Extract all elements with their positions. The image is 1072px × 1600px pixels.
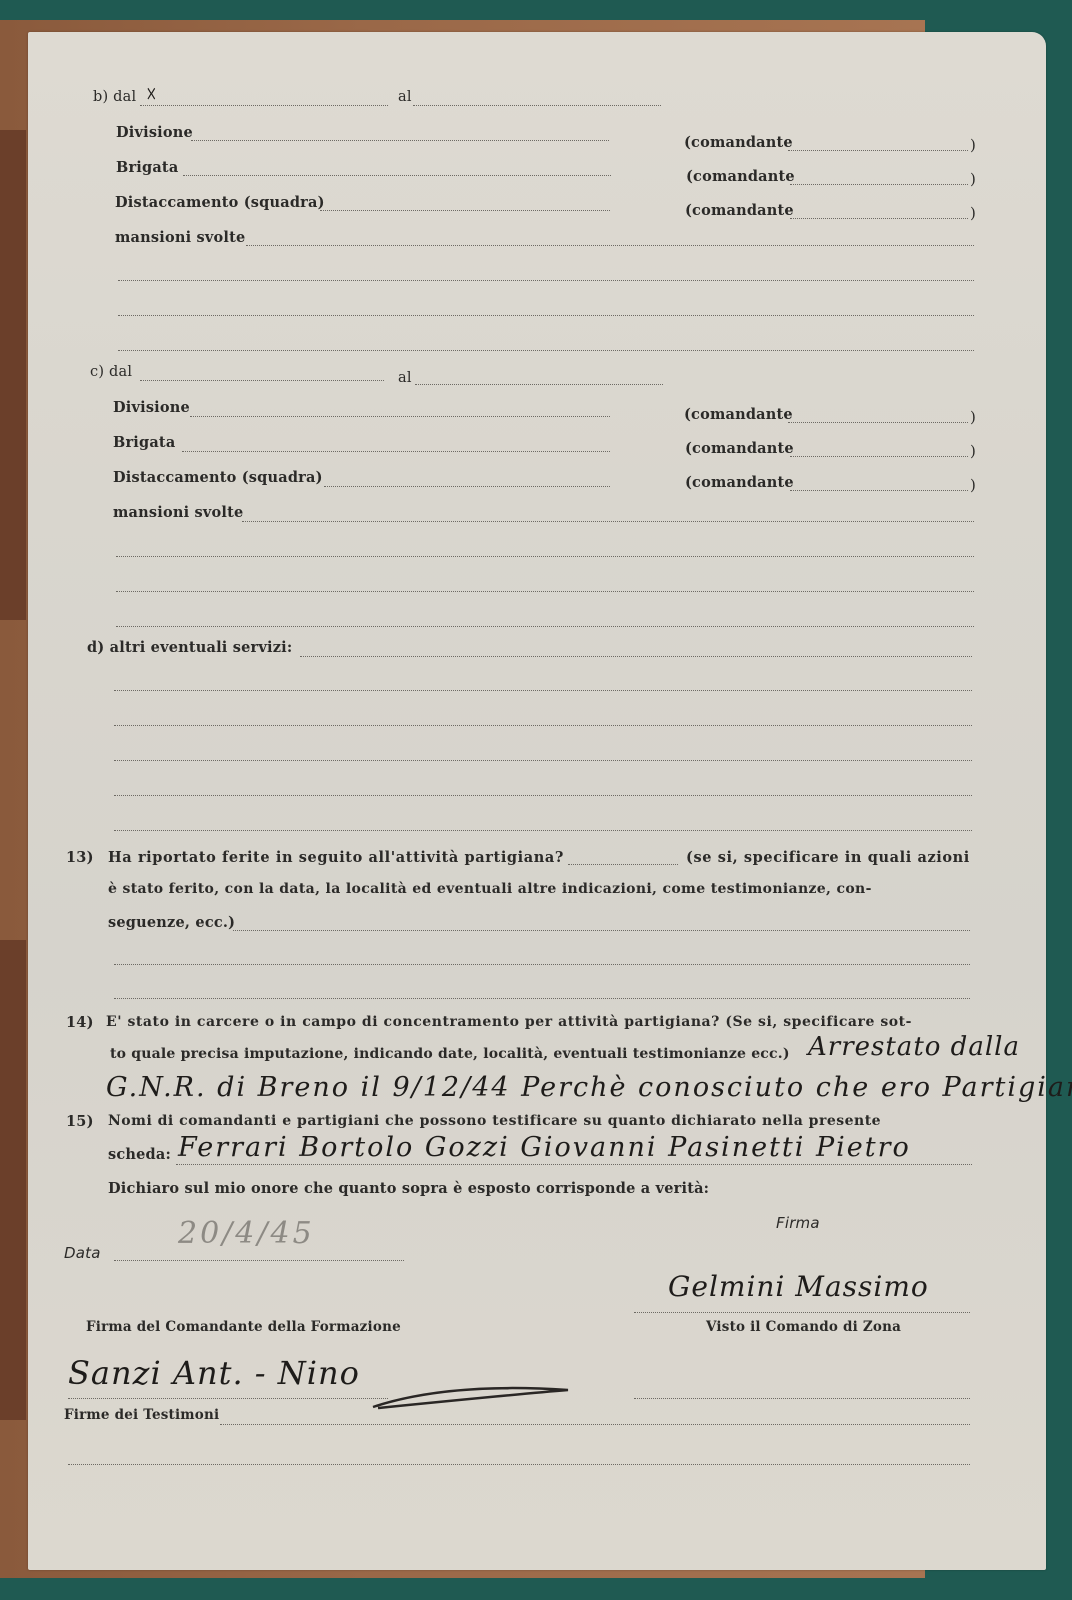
q15-number: 15) [66,1113,94,1130]
section-b-divisione-field[interactable] [191,140,609,141]
q15-scheda-label: scheda: [108,1146,171,1163]
section-b-divisione-comandante-label: (comandante [684,134,793,151]
q14-answer-handwriting: Arrestato dalla [808,1032,1020,1062]
q13-details-line[interactable] [114,964,970,965]
section-c-distaccamento-label: Distaccamento (squadra) [113,469,323,486]
section-c-divisione-field[interactable] [190,416,610,417]
declaration-text: Dichiaro sul mio onore che quanto sopra … [108,1180,709,1197]
section-d-field[interactable] [300,656,972,657]
section-b-mansioni-line[interactable] [118,280,974,281]
section-c-mansioni-field[interactable] [242,521,974,522]
commander-label: Firma del Comandante della Formazione [86,1319,401,1335]
section-c-brigata-field[interactable] [182,451,610,452]
q13-answer-field[interactable] [568,864,678,865]
q14-answer-handwriting-line2: G.N.R. di Breno il 9/12/44 Perchè conosc… [106,1072,1072,1103]
witnesses-line[interactable] [68,1464,970,1465]
section-c-distaccamento-comandante-field[interactable] [790,490,968,491]
firma-field[interactable] [634,1312,970,1313]
section-b-mansioni-line[interactable] [118,350,974,351]
section-b-mansioni-field[interactable] [246,245,974,246]
section-b-distaccamento-comandante-field[interactable] [790,218,968,219]
witnesses-label: Firme dei Testimoni [64,1407,219,1423]
q14-text: E' stato in carcere o in campo di concen… [106,1014,912,1030]
section-d-label: d) altri eventuali servizi: [87,639,292,656]
section-b-distaccamento-field[interactable] [320,210,610,211]
q15-answer-handwriting: Ferrari Bortolo Gozzi Giovanni Pasinetti… [178,1132,911,1163]
zone-signature-field[interactable] [634,1398,970,1399]
commander-signature: Sanzi Ant. - Nino [68,1354,360,1392]
section-b-divisione-label: Divisione [116,124,193,141]
q14-number: 14) [66,1014,94,1031]
zone-label: Visto il Comando di Zona [706,1319,901,1335]
firma-signature: Gelmini Massimo [668,1270,929,1303]
close-paren: ) [970,442,976,460]
close-paren: ) [970,170,976,188]
q13-text-line2: è stato ferito, con la data, la località… [108,881,872,897]
section-c-distaccamento-comandante-label: (comandante [685,474,794,491]
section-d-line[interactable] [114,830,972,831]
q14-text-line2: to quale precisa imputazione, indicando … [110,1046,790,1062]
section-c-al-field[interactable] [415,384,663,385]
section-b-distaccamento-label: Distaccamento (squadra) [115,194,325,211]
section-b-al-field[interactable] [413,105,661,106]
commander-signature-field[interactable] [68,1398,388,1399]
section-d-line[interactable] [114,760,972,761]
section-d-line[interactable] [114,725,972,726]
section-b-label: b) dal [93,89,136,105]
section-c-brigata-comandante-field[interactable] [790,456,968,457]
q13-details-line[interactable] [114,998,970,999]
section-c-distaccamento-field[interactable] [324,486,610,487]
q13-details-field[interactable] [233,930,970,931]
date-handwriting: 20/4/45 [178,1216,315,1251]
section-c-divisione-label: Divisione [113,399,190,416]
witnesses-field[interactable] [220,1424,970,1425]
section-b-brigata-field[interactable] [183,175,611,176]
close-paren: ) [970,136,976,154]
section-b-dal-field[interactable] [140,105,388,106]
section-b-mansioni-line[interactable] [118,315,974,316]
section-b-dal-mark: ☓ [146,82,158,106]
q13-number: 13) [66,849,94,866]
section-b-brigata-comandante-field[interactable] [790,184,968,185]
section-c-mansioni-label: mansioni svolte [113,504,243,521]
close-paren: ) [970,476,976,494]
q13-text: Ha riportato ferite in seguito all'attiv… [108,849,564,866]
section-b-al-label: al [398,89,412,105]
form-page: b) dal ☓ al Divisione (comandante ) Brig… [28,32,1046,1570]
q15-text: Nomi di comandanti e partigiani che poss… [108,1113,881,1129]
section-b-brigata-comandante-label: (comandante [686,168,795,185]
section-c-dal-field[interactable] [140,380,384,381]
date-field[interactable] [114,1260,404,1261]
section-c-al-label: al [398,370,412,386]
signature-flourish [368,1372,588,1412]
section-c-label: c) dal [90,364,132,380]
section-b-mansioni-label: mansioni svolte [115,229,245,246]
section-d-line[interactable] [114,795,972,796]
close-paren: ) [970,408,976,426]
q15-answer-field[interactable] [176,1164,972,1165]
section-c-mansioni-line[interactable] [116,556,974,557]
close-paren: ) [970,204,976,222]
q13-text-right: (se si, specificare in quali azioni [686,849,970,866]
section-b-distaccamento-comandante-label: (comandante [685,202,794,219]
board-edge [0,130,26,620]
section-b-brigata-label: Brigata [116,159,178,176]
board-edge [0,940,26,1420]
section-c-mansioni-line[interactable] [116,626,974,627]
section-c-brigata-comandante-label: (comandante [685,440,794,457]
section-c-brigata-label: Brigata [113,434,175,451]
section-d-line[interactable] [114,690,972,691]
firma-label: Firma [776,1214,820,1232]
section-b-divisione-comandante-field[interactable] [788,150,968,151]
section-c-mansioni-line[interactable] [116,591,974,592]
section-c-divisione-comandante-label: (comandante [684,406,793,423]
section-c-divisione-comandante-field[interactable] [788,422,968,423]
q13-text-line3: seguenze, ecc.) [108,914,235,931]
date-label: Data [64,1244,101,1262]
